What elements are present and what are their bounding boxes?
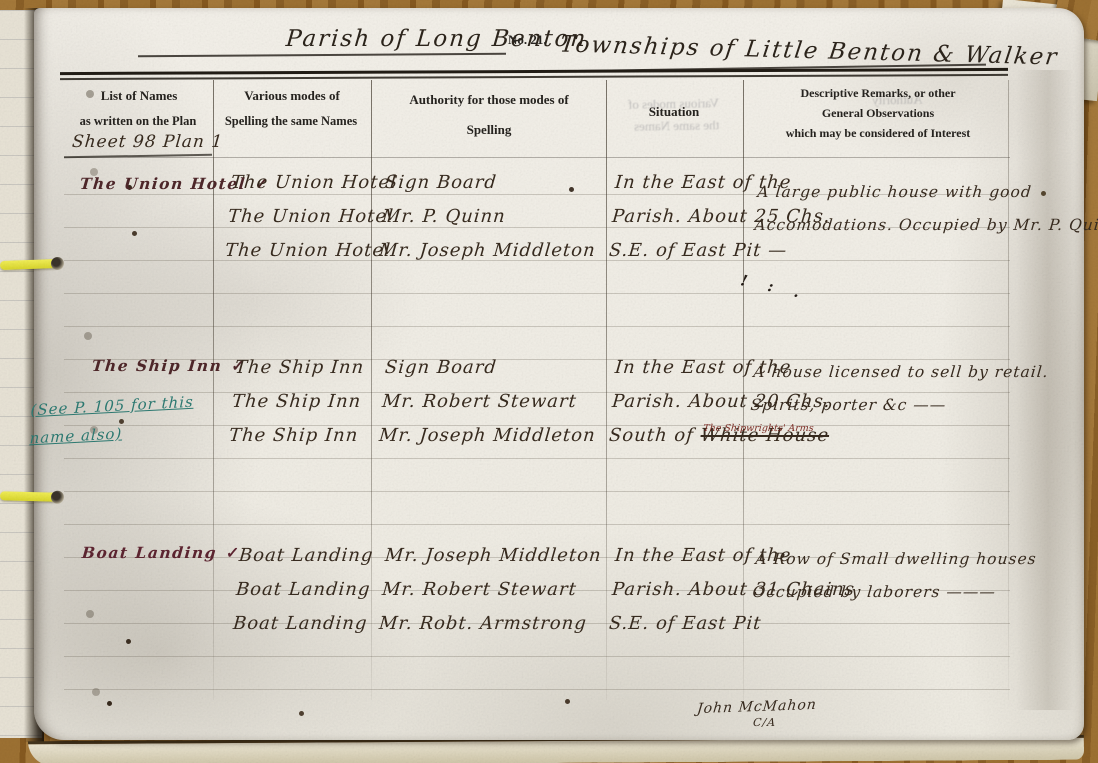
col1-sheet-annotation: Sheet 98 Plan 1 [71, 132, 224, 152]
col5-header-line3: which may be considered of Interest [746, 126, 1010, 141]
ship-spellings: The Ship Inn The Ship Inn The Ship Inn [228, 351, 366, 453]
col5-header-line1: Descriptive Remarks, or other [746, 86, 1010, 101]
boat-spellings: Boat Landing Boat Landing Boat Landing [232, 539, 375, 641]
entry-name-ship-inn: The Ship Inn✓ [91, 356, 247, 375]
ink-specks [0, 0, 3, 3]
column-divider-1 [213, 80, 214, 700]
marginal-note-green: (See P. 105 for this name also) [29, 388, 194, 453]
entry-name-boat-landing: Boat Landing✓ [81, 543, 241, 562]
correction: The Shipwrights' ArmsWhite House [700, 425, 830, 446]
binding-tie-yellow-bottom [0, 491, 58, 502]
sheet-no-label: No. 21. [508, 32, 547, 48]
column-divider-3 [606, 80, 607, 700]
header-bottom-rule [64, 157, 1010, 158]
col1-header-line2: as written on the Plan [58, 114, 218, 129]
col2-header-line2: Spelling the same Names [210, 114, 372, 129]
scanned-register-photo: 107 Parish of Long Benton No. 21. Townsh… [0, 0, 1098, 763]
union-authorities: Sign Board Mr. P. Quinn Mr. Joseph Middl… [378, 166, 604, 268]
boat-authorities: Mr. Joseph Middleton Mr. Robert Stewart … [378, 539, 604, 641]
union-spellings: The Union Hotel The Union Hotel The Unio… [224, 166, 399, 268]
surveyor-title: C/A [752, 716, 776, 729]
col3-header-line1: Authority for those modes of [374, 92, 604, 108]
union-remarks: A large public house with good Accomodat… [753, 176, 1098, 242]
col1-header-line1: List of Names [64, 88, 214, 104]
col2-header-line1: Various modes of [214, 88, 370, 104]
ship-authorities: Sign Board Mr. Robert Stewart Mr. Joseph… [378, 351, 604, 453]
col5-header-line2: General Observations [746, 106, 1010, 121]
boat-remarks: A Row of Small dwelling houses Occupied … [751, 543, 1038, 609]
ship-remarks: A house licensed to sell by retail. Spir… [749, 356, 1050, 422]
col3-header-line2: Spelling [374, 122, 604, 138]
col4-header: Situation [606, 104, 742, 120]
